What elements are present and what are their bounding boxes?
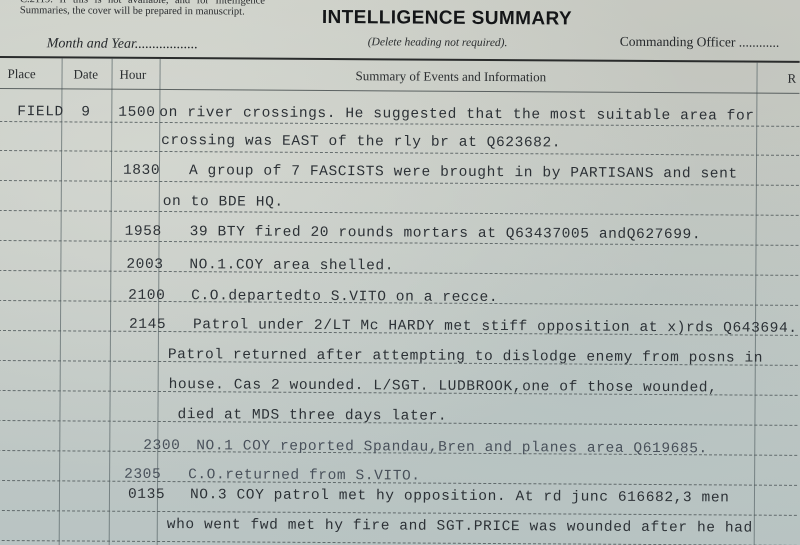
commanding-officer-label: Commanding Officer ............ bbox=[620, 34, 780, 51]
column-header-date: Date bbox=[73, 66, 98, 82]
month-and-year-label: Month and Year.................. bbox=[47, 36, 198, 53]
entry-place: FIELD bbox=[17, 104, 64, 120]
entry-text: Patrol under 2/LT Mc HARDY met stiff opp… bbox=[193, 317, 798, 337]
entry-text: NO.3 COY patrol met hy opposition. At rd… bbox=[190, 487, 730, 506]
entry-text: C.O.departedto S.VITO on a recce. bbox=[191, 288, 498, 306]
column-header-remarks: R bbox=[787, 71, 796, 87]
column-header-hour: Hour bbox=[119, 67, 146, 83]
header-underline bbox=[0, 88, 799, 94]
ruled-line bbox=[0, 270, 798, 276]
form-note: C.2119. If this is not available, and fo… bbox=[20, 0, 265, 18]
column-header-summary: Summary of Events and Information bbox=[355, 68, 546, 85]
ruled-line bbox=[0, 540, 797, 545]
entry-text: house. Cas 2 wounded. L/SGT. LUDBROOK,on… bbox=[169, 377, 718, 396]
ruled-line bbox=[0, 150, 799, 156]
entry-text: A group of 7 FASCISTS were brought in by… bbox=[189, 163, 738, 182]
entry-hour: 1500 bbox=[118, 105, 155, 121]
entry-hour: 2145 bbox=[129, 317, 166, 333]
entry-text: died at MDS three days later. bbox=[177, 407, 447, 425]
entry-text: 39 BTY fired 20 rounds mortars at Q63437… bbox=[190, 224, 702, 243]
entry-text: on to BDE HQ. bbox=[163, 194, 284, 211]
entry-text: Patrol returned after attempting to disl… bbox=[168, 347, 763, 367]
document-title: INTELLIGENCE SUMMARY bbox=[322, 7, 572, 31]
header-rule bbox=[0, 56, 800, 63]
entry-hour: 1830 bbox=[123, 163, 160, 179]
entry-hour: 2003 bbox=[126, 257, 163, 273]
column-divider bbox=[109, 59, 113, 545]
document-subtitle: (Delete heading not required). bbox=[368, 36, 508, 49]
intelligence-summary-page: C.2119. If this is not available, and fo… bbox=[0, 0, 800, 545]
entry-hour: 2100 bbox=[128, 288, 165, 304]
entry-text: C.O.returned from S.VITO. bbox=[188, 467, 421, 484]
entry-text: who went fwd met hy fire and SGT.PRICE w… bbox=[167, 517, 753, 537]
column-header-place: Place bbox=[7, 66, 35, 82]
entry-hour: 2300 bbox=[143, 438, 180, 454]
entry-hour: 1958 bbox=[125, 224, 162, 240]
entry-text: NO.1 COY reported Spandau,Bren and plane… bbox=[196, 438, 708, 457]
ruled-line bbox=[0, 210, 799, 216]
entry-hour: 0135 bbox=[128, 487, 165, 503]
entry-text: crossing was EAST of the rly br at Q6236… bbox=[161, 133, 561, 151]
entry-date: 9 bbox=[81, 104, 90, 120]
entry-text: NO.1.COY area shelled. bbox=[189, 257, 394, 274]
ruled-line bbox=[0, 510, 797, 516]
column-divider bbox=[59, 58, 63, 545]
entry-hour: 2305 bbox=[124, 467, 161, 483]
